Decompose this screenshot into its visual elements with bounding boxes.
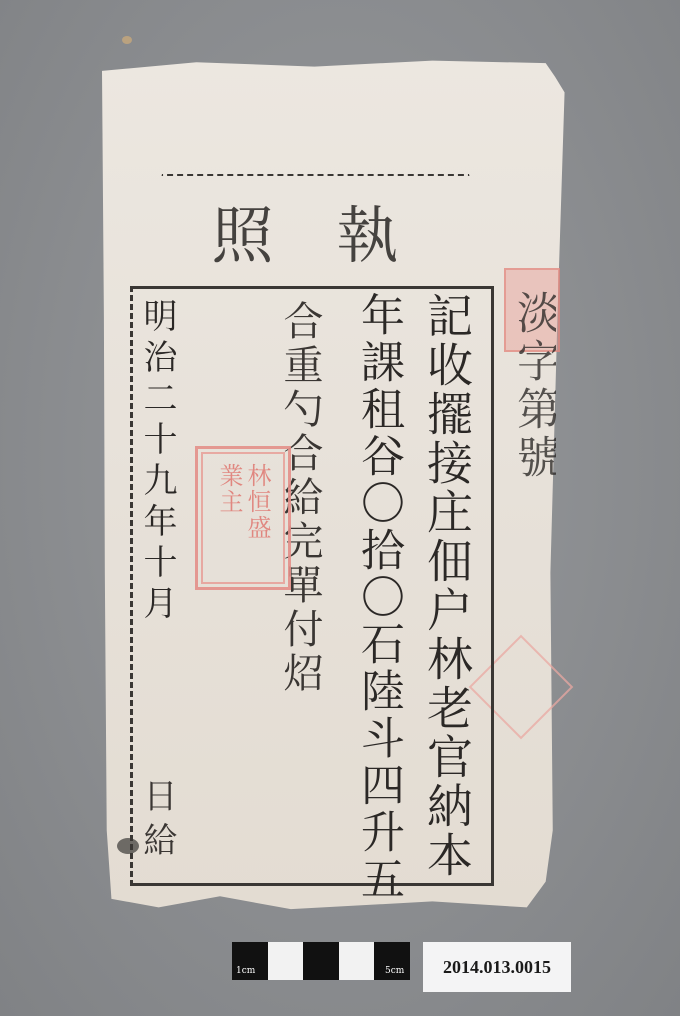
scale-segment — [268, 942, 304, 980]
side-annotation: 淡字第號 — [508, 290, 556, 482]
scale-bar — [232, 942, 410, 980]
seal-column: 林恒盛 — [245, 463, 269, 573]
paper-stain — [122, 36, 132, 44]
text-column-main: 記收擺接庄佃户林老官納本 — [424, 292, 470, 880]
seal-column: 業主 — [217, 463, 241, 573]
text-column-amount: 年課租谷〇拾〇石陸斗四升五 — [356, 292, 400, 903]
date-column: 明治二十九年十月 — [140, 298, 174, 626]
title-char: 執 — [336, 186, 418, 275]
scale-segment — [303, 942, 339, 980]
day-column: 日給 — [140, 778, 174, 866]
document-title: 執 照 — [190, 190, 440, 270]
scale-segment — [339, 942, 375, 980]
accession-number-label: 2014.013.0015 — [423, 942, 571, 992]
scale-label-end: 5cm — [385, 966, 404, 1014]
red-seal: 林恒盛 業主 — [195, 446, 291, 590]
scale-label-start: 1cm — [236, 966, 255, 1014]
title-char: 照 — [211, 186, 293, 275]
